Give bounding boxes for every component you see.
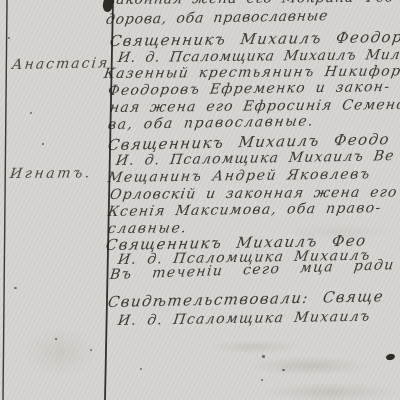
ink-speckle <box>90 349 92 351</box>
page-edge-rule <box>3 0 7 400</box>
name-entry-ignat: Игнатъ. <box>9 165 93 182</box>
ink-speckle <box>282 369 285 371</box>
name-entry-anastasia: Анастасія <box>11 55 110 73</box>
ink-speckle <box>14 287 17 289</box>
ink-speckle <box>55 338 57 340</box>
register-line: ная жена его Ефросинія Семено- <box>109 97 400 116</box>
ink-speckle <box>30 112 32 114</box>
register-page-scan: Анастасія Игнатъ. законная жена его Мокр… <box>0 0 400 400</box>
ink-speckle <box>8 37 10 39</box>
ink-speckle <box>261 379 263 381</box>
ink-speckle <box>42 143 44 145</box>
ink-speckle <box>140 368 142 370</box>
ink-speckle <box>262 355 265 358</box>
